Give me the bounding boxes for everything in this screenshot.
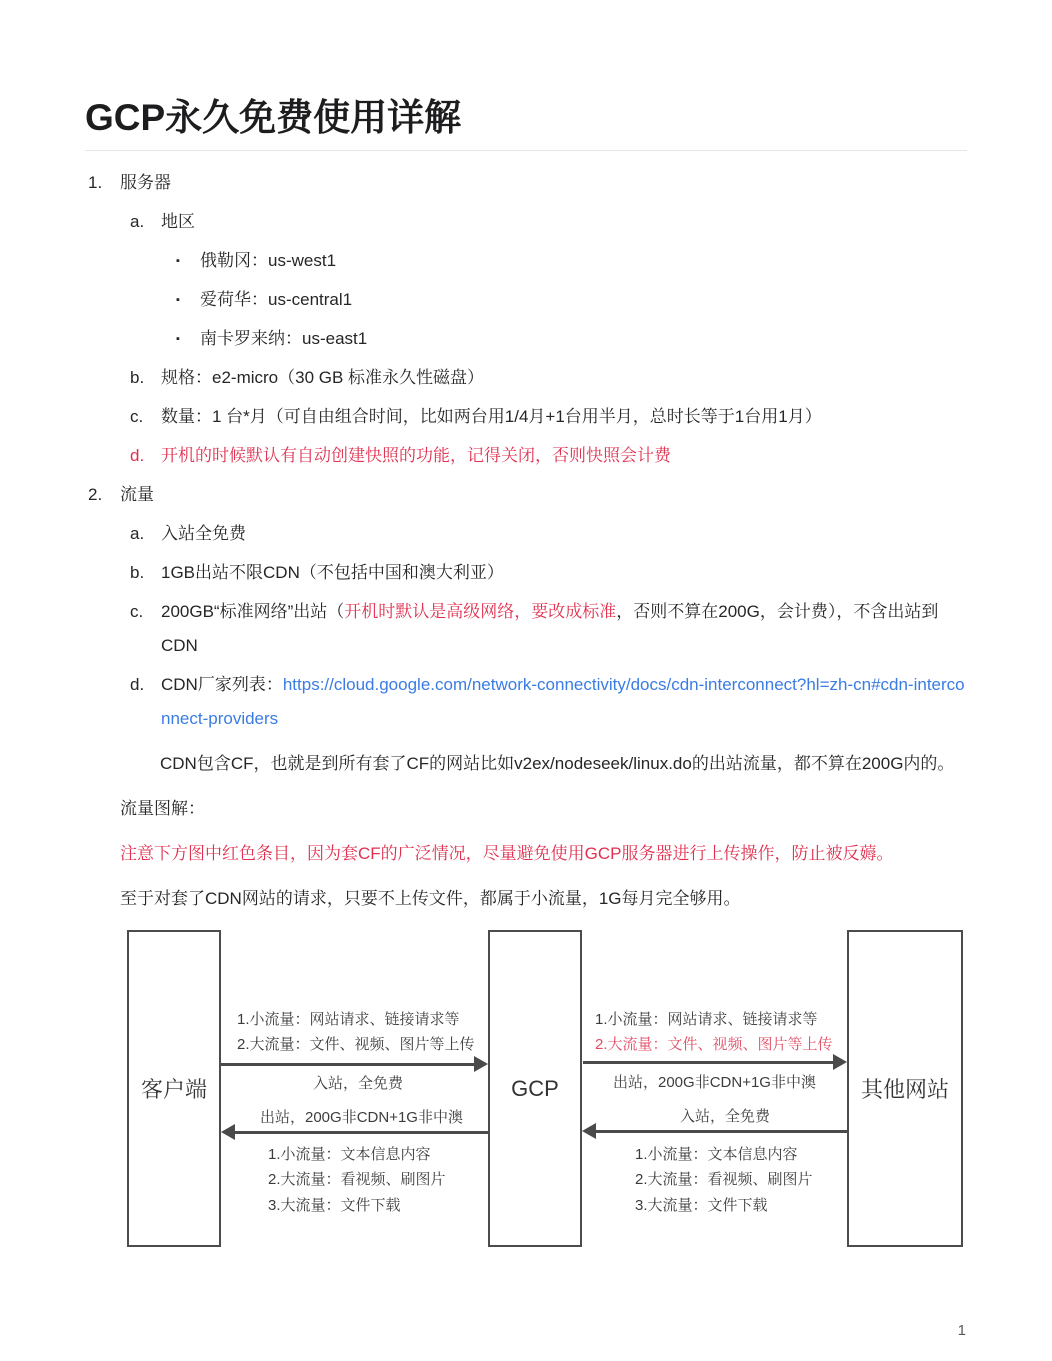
list-item-quantity: c. 数量：1 台*月（可自由组合时间，比如两台用1/4月+1台用半月，总时长等… (85, 400, 967, 434)
arrow-other-to-gcp (595, 1130, 847, 1133)
list-item-spec: b. 规格：e2-micro（30 GB 标准永久性磁盘） (85, 361, 967, 395)
list-marker: b. (130, 361, 161, 395)
traffic-diagram: 客户端 GCP 其他网站 1.小流量：网站请求、链接请求等 2.大流量：文件、视… (0, 929, 1052, 1251)
document-page: GCP永久免费使用详解 1. 服务器 a. 地区 ▪ 俄勒冈：us-west1 … (0, 0, 1052, 1361)
list-text: 开机的时候默认有自动创建快照的功能，记得关闭，否则快照会计费 (161, 439, 967, 473)
list-text: 200GB“标准网络”出站（开机时默认是高级网络，要改成标准，否则不算在200G… (161, 595, 967, 663)
list-text: 规格：e2-micro（30 GB 标准永久性磁盘） (161, 361, 967, 395)
label-gcp-other-large-red: 2.大流量：文件、视频、图片等上传 (595, 1035, 833, 1054)
list-item-snapshot-warning: d. 开机的时候默认有自动创建快照的功能，记得关闭，否则快照会计费 (85, 439, 967, 473)
bullet-icon: ▪ (176, 322, 200, 356)
text-segment: CDN厂家列表： (161, 675, 283, 694)
label-gcp-other-egress: 出站，200G非CDN+1G非中澳 (613, 1073, 816, 1092)
list-text: 流量 (120, 478, 967, 512)
bullet-icon: ▪ (176, 244, 200, 278)
label-other-gcp-large2: 3.大流量：文件下载 (635, 1196, 768, 1215)
label-other-gcp-small: 1.小流量：文本信息内容 (635, 1145, 798, 1164)
label-other-gcp-ingress: 入站，全免费 (680, 1107, 770, 1126)
arrow-client-to-gcp (221, 1063, 475, 1066)
diagram-node-client: 客户端 (127, 930, 221, 1247)
list-text: 俄勒冈：us-west1 (200, 244, 967, 278)
paragraph-note2: 至于对套了CDN网站的请求，只要不上传文件，都属于小流量，1G每月完全够用。 (120, 882, 967, 916)
text-segment-red: 开机时默认是高级网络，要改成标准 (344, 602, 616, 621)
list-text: CDN厂家列表：https://cloud.google.com/network… (161, 668, 967, 736)
label-gcp-client-large1: 2.大流量：看视频、刷图片 (268, 1170, 446, 1189)
list-item-1gb-egress: b. 1GB出站不限CDN（不包括中国和澳大利亚） (85, 556, 967, 590)
list-item-200gb-egress: c. 200GB“标准网络”出站（开机时默认是高级网络，要改成标准，否则不算在2… (85, 595, 967, 663)
list-text: 爱荷华：us-central1 (200, 283, 967, 317)
label-client-gcp-large: 2.大流量：文件、视频、图片等上传 (237, 1035, 475, 1054)
text-segment: 200GB“标准网络”出站（ (161, 602, 344, 621)
list-marker: c. (130, 595, 161, 663)
list-text: 1GB出站不限CDN（不包括中国和澳大利亚） (161, 556, 967, 590)
label-client-gcp-small: 1.小流量：网站请求、链接请求等 (237, 1010, 460, 1029)
label-gcp-client-small: 1.小流量：文本信息内容 (268, 1145, 431, 1164)
list-item-south-carolina: ▪ 南卡罗来纳：us-east1 (85, 322, 967, 356)
list-item-region: a. 地区 (85, 205, 967, 239)
list-marker: c. (130, 400, 161, 434)
list-marker: a. (130, 205, 161, 239)
list-text: 地区 (161, 205, 967, 239)
bullet-icon: ▪ (176, 283, 200, 317)
label-gcp-other-small: 1.小流量：网站请求、链接请求等 (595, 1010, 818, 1029)
list-item-oregon: ▪ 俄勒冈：us-west1 (85, 244, 967, 278)
label-other-gcp-large1: 2.大流量：看视频、刷图片 (635, 1170, 813, 1189)
paragraph-warning: 注意下方图中红色条目，因为套CF的广泛情况，尽量避免使用GCP服务器进行上传操作… (120, 837, 967, 871)
label-client-gcp-ingress: 入站，全免费 (313, 1074, 403, 1093)
diagram-node-gcp: GCP (488, 930, 582, 1247)
paragraph-cdn-note: CDN包含CF，也就是到所有套了CF的网站比如v2ex/nodeseek/lin… (120, 747, 967, 781)
list-item-cdn-providers: d. CDN厂家列表：https://cloud.google.com/netw… (85, 668, 967, 736)
list-text: 南卡罗来纳：us-east1 (200, 322, 967, 356)
page-title: GCP永久免费使用详解 (85, 0, 967, 141)
list-item-ingress-free: a. 入站全免费 (85, 517, 967, 551)
label-gcp-client-large2: 3.大流量：文件下载 (268, 1196, 401, 1215)
list-text: 入站全免费 (161, 517, 967, 551)
list-item-iowa: ▪ 爱荷华：us-central1 (85, 283, 967, 317)
list-marker: 2. (85, 478, 120, 512)
list-item-servers: 1. 服务器 (85, 166, 967, 200)
list-marker: b. (130, 556, 161, 590)
page-number: 1 (958, 1322, 966, 1339)
title-divider (85, 150, 967, 151)
diagram-node-other-sites: 其他网站 (847, 930, 963, 1247)
list-text: 数量：1 台*月（可自由组合时间，比如两台用1/4月+1台用半月，总时长等于1台… (161, 400, 967, 434)
list-item-traffic: 2. 流量 (85, 478, 967, 512)
arrow-gcp-to-other (583, 1061, 834, 1064)
list-text: 服务器 (120, 166, 967, 200)
arrow-gcp-to-client (234, 1131, 488, 1134)
list-marker: d. (130, 439, 161, 473)
label-gcp-client-egress: 出站，200G非CDN+1G非中澳 (260, 1108, 463, 1127)
list-marker: a. (130, 517, 161, 551)
list-marker: 1. (85, 166, 120, 200)
list-marker: d. (130, 668, 161, 736)
paragraph-diagram-caption: 流量图解： (120, 792, 967, 826)
